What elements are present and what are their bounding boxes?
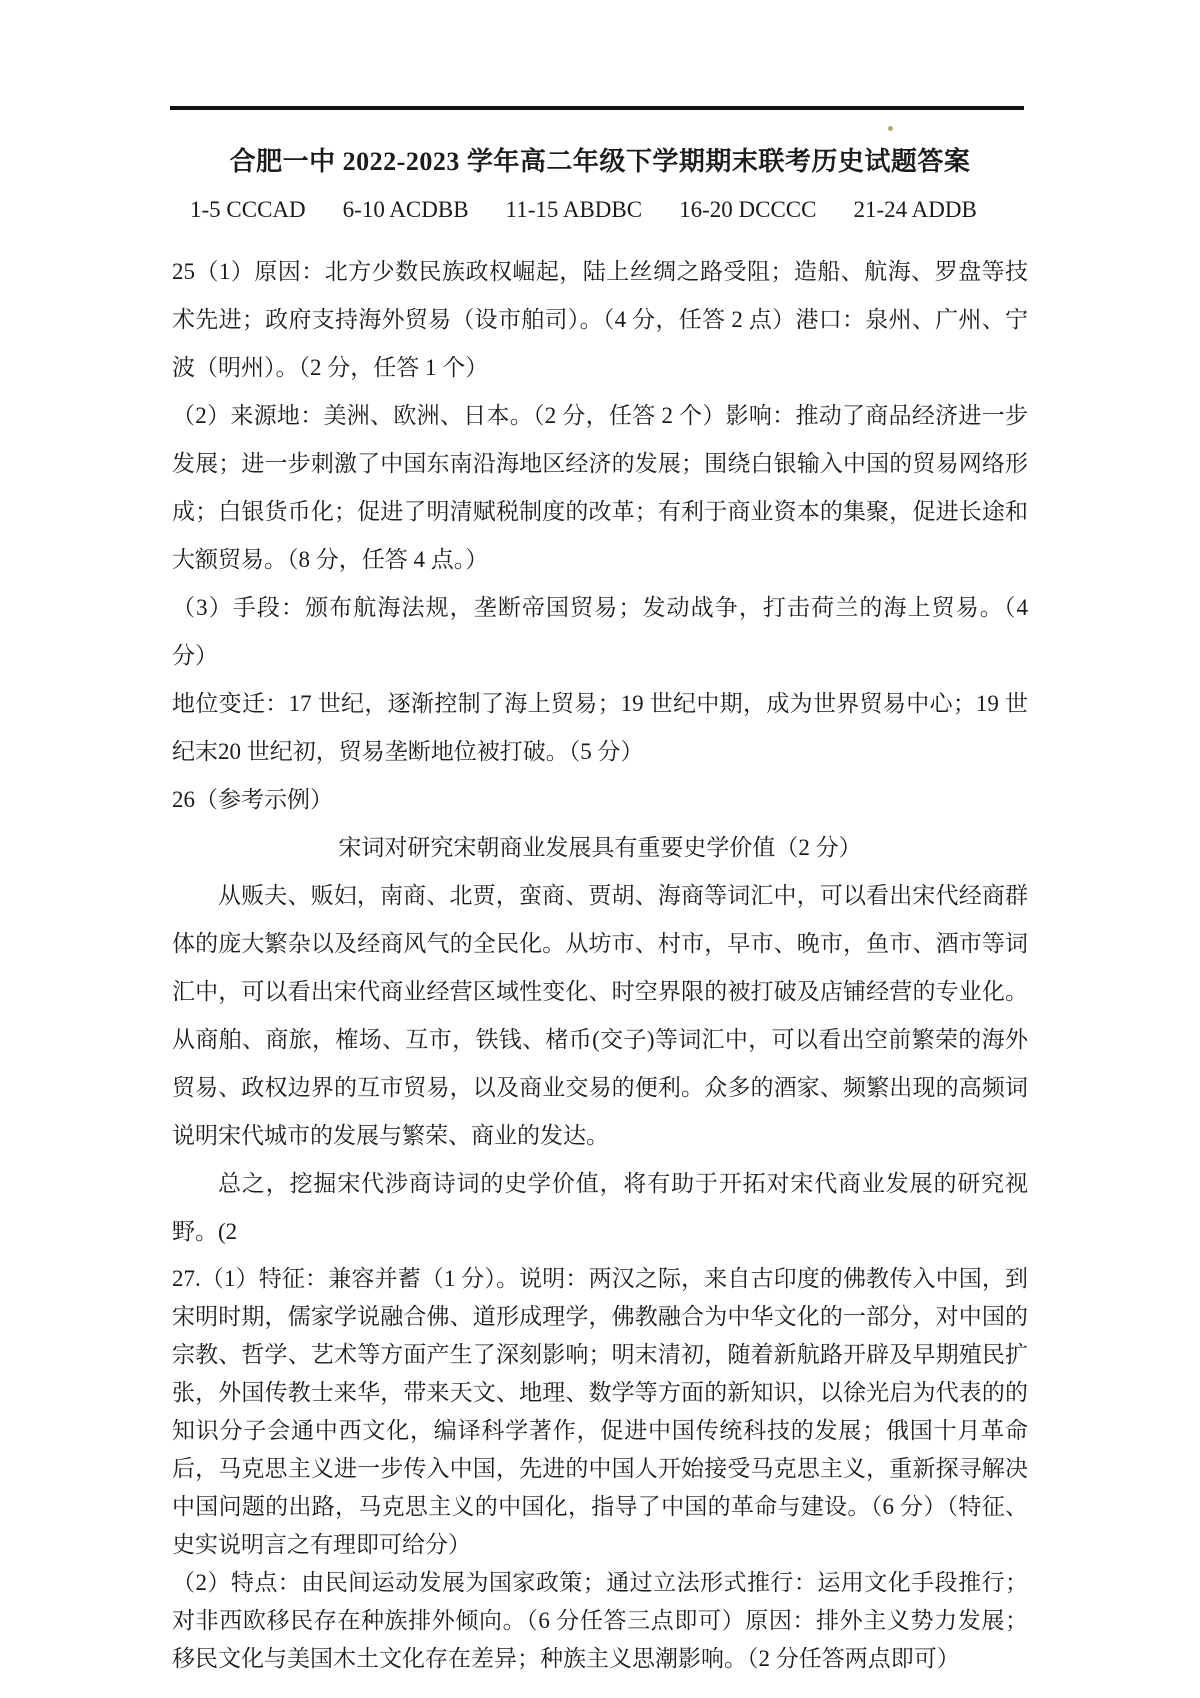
document-body: 合肥一中 2022-2023 学年高二年级下学期期末联考历史试题答案 1-5 C… xyxy=(172,128,1028,1678)
q26-body-paragraph: 从贩夫、贩妇，南商、北贾，蛮商、贾胡、海商等词汇中，可以看出宋代经商群体的庞大繁… xyxy=(172,872,1028,1160)
answer-key-group-16-20: 16-20 DCCCC xyxy=(679,186,816,234)
q26-conclusion: 总之，挖掘宋代涉商诗词的史学价值，将有助于开拓对宋代商业发展的研究视野。(2 xyxy=(172,1160,1028,1256)
answer-key-group-1-5: 1-5 CCCAD xyxy=(190,186,306,234)
page-title: 合肥一中 2022-2023 学年高二年级下学期期末联考历史试题答案 xyxy=(172,138,1028,186)
q25-part3-means-answer: （3）手段：颁布航海法规，垄断帝国贸易；发动战争，打击荷兰的海上贸易。（4 分） xyxy=(172,584,1028,680)
answer-key-group-11-15: 11-15 ABDBC xyxy=(506,186,643,234)
q26-heading: 26（参考示例） xyxy=(172,776,1028,824)
answer-key-row: 1-5 CCCAD 6-10 ACDBB 11-15 ABDBC 16-20 D… xyxy=(190,186,1028,234)
q25-part1-answer: 25（1）原因：北方少数民族政权崛起，陆上丝绸之路受阻；造船、航海、罗盘等技术先… xyxy=(172,248,1028,392)
answer-key-group-21-24: 21-24 ADDB xyxy=(853,186,976,234)
q27-part2-answer: （2）特点：由民间运动发展为国家政策；通过立法形式推行：运用文化手段推行；对非西… xyxy=(172,1564,1028,1678)
q25-part3-status-answer: 地位变迁：17 世纪，逐渐控制了海上贸易；19 世纪中期，成为世界贸易中心；19… xyxy=(172,680,1028,776)
scanned-answer-document: 合肥一中 2022-2023 学年高二年级下学期期末联考历史试题答案 1-5 C… xyxy=(0,0,1200,1698)
q27-part1-answer: 27.（1）特征：兼容并蓄（1 分）。说明：两汉之际，来自古印度的佛教传入中国，… xyxy=(172,1260,1028,1564)
q25-part2-answer: （2）来源地：美洲、欧洲、日本。（2 分，任答 2 个）影响：推动了商品经济进一… xyxy=(172,392,1028,584)
q26-thesis: 宋词对研究宋朝商业发展具有重要史学价值（2 分） xyxy=(172,824,1028,872)
answer-key-group-6-10: 6-10 ACDBB xyxy=(343,186,469,234)
header-rule xyxy=(170,106,1024,110)
